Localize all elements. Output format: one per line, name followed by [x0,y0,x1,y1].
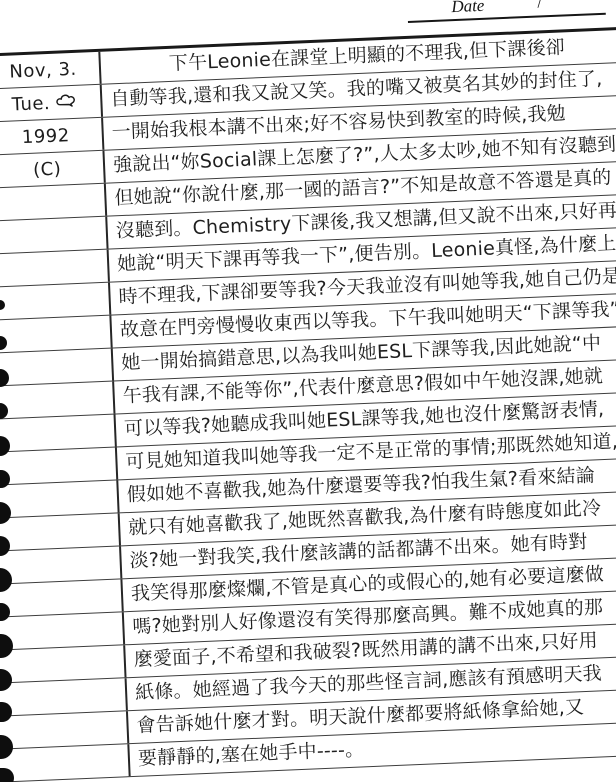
margin-cell: (C) [0,151,106,189]
margin-cell: 1992 [0,118,104,156]
margin-cell [0,645,127,683]
entry-year: 1992 [21,125,70,148]
date-label: Date [451,0,485,17]
margin-cell [0,612,125,650]
margin-cell [0,579,124,617]
margin-cell: Tue. [0,85,103,123]
margin-cell [0,513,121,551]
entry-date: Nov, 3. [9,58,77,82]
weather-code: (C) [33,158,62,180]
margin-cell [0,546,122,584]
margin-cell [0,414,117,452]
margin-cell [0,217,109,255]
margin-cell [0,250,110,288]
date-separator: / [537,0,543,13]
margin-cell [0,480,120,518]
ruled-grid: Nov, 3. 下午Leonie在課堂上明顯的不理我,但下課後卻 Tue. 自動… [0,25,616,782]
margin-cell [0,283,111,321]
ruled-sheet: Nov, 3. 下午Leonie在課堂上明顯的不理我,但下課後卻 Tue. 自動… [0,25,616,782]
margin-cell [0,711,129,749]
margin-cell: Nov, 3. [0,52,102,90]
cloud-doodle-icon [55,93,78,109]
margin-cell [0,316,113,354]
diary-page: Date / Nov, 3. 下午Leonie在課堂上明顯的不理我,但下課後卻 … [0,0,616,782]
margin-cell [0,744,131,782]
date-header: Date / [407,0,606,23]
margin-cell [0,349,114,387]
entry-weekday: Tue. [11,92,50,115]
margin-cell [0,678,128,716]
margin-cell [0,382,115,420]
margin-cell [0,447,118,485]
margin-cell [0,184,107,222]
